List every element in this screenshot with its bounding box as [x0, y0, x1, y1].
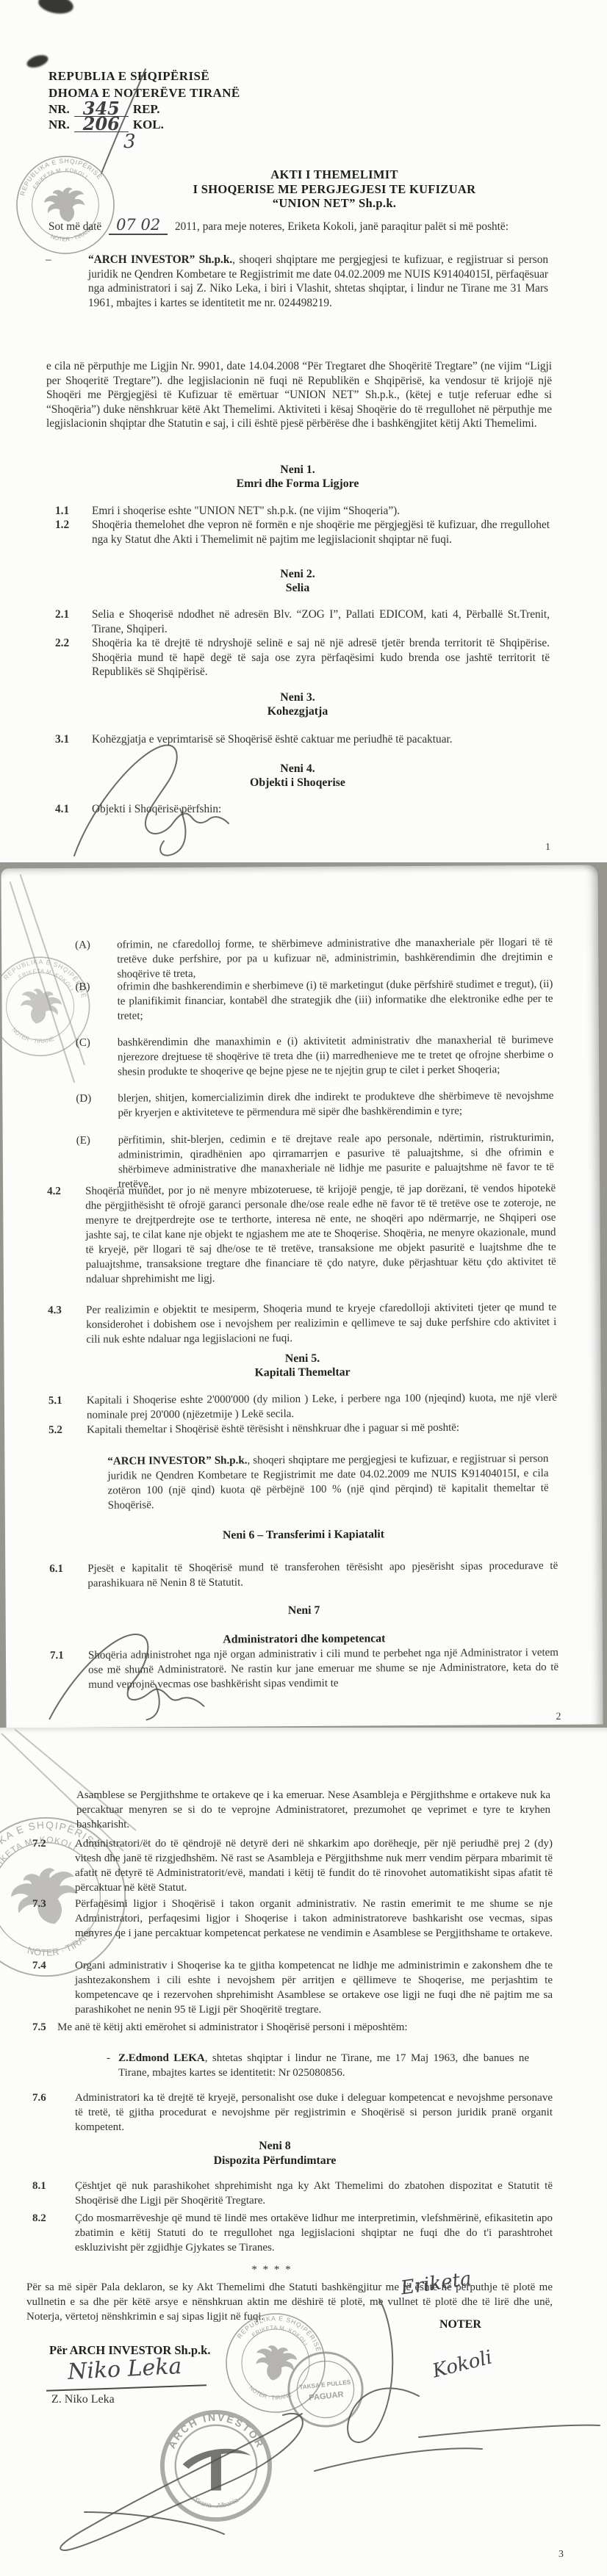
signature-scribble — [70, 738, 268, 862]
signature-niko-leka-handwriting: Niko Leka — [67, 2353, 182, 2385]
clause-8-2: 8.2Çdo mosmarrëveshje që mund të lindë m… — [32, 2211, 553, 2255]
nr-label: NR. — [49, 118, 70, 132]
scanned-document: REPUBLIA E SHQIPËRISË DHOMA E NOTERËVE T… — [0, 0, 607, 2576]
handwritten-date: 07 02 — [109, 216, 168, 235]
section-subheading-neni8: Dispozita Përfundimtare — [32, 2154, 517, 2168]
signature-scribble — [309, 2286, 603, 2499]
clause-5-1: 5.1Kapitali i Shoqerise eshte 2'000'000 … — [49, 1390, 557, 1423]
shareholder-paragraph: “ARCH INVESTOR” Sh.p.k., shoqeri shqipta… — [107, 1451, 548, 1513]
ink-smudge — [37, 0, 74, 16]
clause-2-1: 2.1Selia e Shoqerisë ndodhet në adresën … — [55, 607, 550, 636]
clause-4-3: 4.3Per realizimin e objektit te mesiperm… — [48, 1300, 556, 1347]
clause-6-1: 6.1Pjesët e kapitalit të Shoqërisë mund … — [49, 1559, 558, 1591]
intro-paragraph: e cila në përputhje me Ligjin Nr. 9901, … — [46, 359, 552, 431]
object-item-C: (C)bashkërendimin dhe manaxhimin e (i) a… — [76, 1033, 553, 1080]
section-heading-neni2: Neni 2. Selia — [44, 567, 551, 595]
signature-scribble — [40, 2402, 320, 2559]
list-dash: - — [107, 2051, 118, 2080]
page-number: 3 — [558, 2549, 564, 2561]
signature-scribble — [46, 1623, 253, 1726]
administrator-name: Z.Edmond LEKA — [118, 2052, 205, 2064]
page-number: 1 — [545, 842, 550, 854]
object-item-B: (B)ofrimin dhe bashkerendimin e sherbime… — [75, 977, 553, 1024]
nr-label: NR. — [49, 102, 70, 117]
clause-7-4: 7.4Organi administrativ i Shoqerise ka t… — [32, 1958, 553, 2017]
title-line-3: “UNION NET” Sh.p.k. — [110, 196, 558, 211]
section-heading-neni1: Neni 1. Emri dhe Forma Ligjore — [44, 463, 551, 491]
section-heading-neni7: Neni 7 — [50, 1602, 558, 1619]
list-dash: – — [46, 253, 88, 310]
title-line-1: AKTI I THEMELIMIT — [110, 167, 558, 182]
page-number: 2 — [556, 1711, 561, 1723]
date-rest: 2011, para meje noteres, Eriketa Kokoli,… — [175, 220, 509, 233]
clause-4-2: 4.2Shoqëria mundet, por jo në menyre mbi… — [47, 1181, 556, 1287]
page-3: REPUBLIKA E SHQIPËRISË ERIKETA M. KOKOLI… — [0, 1728, 607, 2576]
document-title: AKTI I THEMELIMIT I SHOQERISE ME PERGJEG… — [110, 167, 558, 211]
ink-smudge — [25, 53, 49, 71]
clause-1-2: 1.2Shoqëria themelohet dhe vepron në for… — [55, 518, 550, 546]
section-heading-neni6: Neni 6 – Transferimi i Kapiatalit — [49, 1526, 558, 1543]
section-heading-neni3: Neni 3. Kohezgjatja — [44, 690, 551, 718]
clause-7-5: 7.5Me anë të këtij akti emërohet si admi… — [32, 2020, 553, 2035]
section-heading-neni8: Neni 8 — [32, 2139, 517, 2153]
shareholder-name: “ARCH INVESTOR” Sh.p.k. — [107, 1454, 247, 1467]
administrator-paragraph: - Z.Edmond LEKA, shtetas shqiptar i lind… — [107, 2051, 529, 2080]
title-line-2: I SHOQERISE ME PERGJEGJESI TE KUFIZUAR — [110, 182, 558, 197]
object-item-D: (D)blerjen, shitjen, komercializimin dir… — [76, 1089, 553, 1121]
date-prefix: Sot më datë — [49, 220, 101, 233]
party-paragraph: – “ARCH INVESTOR” Sh.p.k., shoqeri shqip… — [46, 253, 548, 310]
clause-5-2: 5.2Kapitali themeltar i Shoqërisë është … — [49, 1420, 557, 1437]
party-text: “ARCH INVESTOR” Sh.p.k., shoqeri shqipta… — [88, 253, 548, 310]
section-heading-neni5: Neni 5. Kapitali Themeltar — [48, 1350, 556, 1381]
object-item-A: (A)ofrimin, ne cfaredolloj forme, te shë… — [75, 935, 553, 982]
clause-2-2: 2.2Shoqëria ka të drejtë të ndryshojë se… — [55, 636, 550, 679]
clause-7-2: 7.2Administratori/ët do të qëndrojë në d… — [32, 1836, 553, 1895]
notary-stamp: REPUBLIKA E SHQIPËRISË ERIKETA M. KOKOLI… — [5, 145, 126, 265]
clause-7-6: 7.6Administratori ka të drejtë të kryejë… — [32, 2090, 553, 2135]
date-line: Sot më datë 07 02 2011, para meje notere… — [49, 218, 558, 234]
party-name: “ARCH INVESTOR” Sh.p.k. — [88, 253, 232, 266]
clause-8-1: 8.1Çështjet që nuk parashikohet shprehim… — [32, 2179, 553, 2208]
svg-text:NOTER · TIRANE: NOTER · TIRANE — [9, 1025, 57, 1049]
clause-7-3: 7.3Përfaqësimi ligjor i Shoqërisë i tako… — [32, 1897, 553, 1941]
clause-1-1: 1.1Emri i shoqerise eshte "UNION NET" sh… — [55, 504, 550, 519]
page-1: REPUBLIA E SHQIPËRISË DHOMA E NOTERËVE T… — [0, 0, 607, 862]
clause-7-1-continuation: Asamblese se Pergjithshme te ortakeve qe… — [76, 1788, 550, 1832]
stamp-bottom-text: NOTER · TIRANE — [9, 1025, 57, 1049]
page-2: REPUBLIKA E SHQIPËRISË ERIKETA M. KOKOLI… — [1, 865, 603, 1728]
eagle-emblem — [16, 986, 64, 1029]
signature-underline — [46, 2384, 206, 2392]
